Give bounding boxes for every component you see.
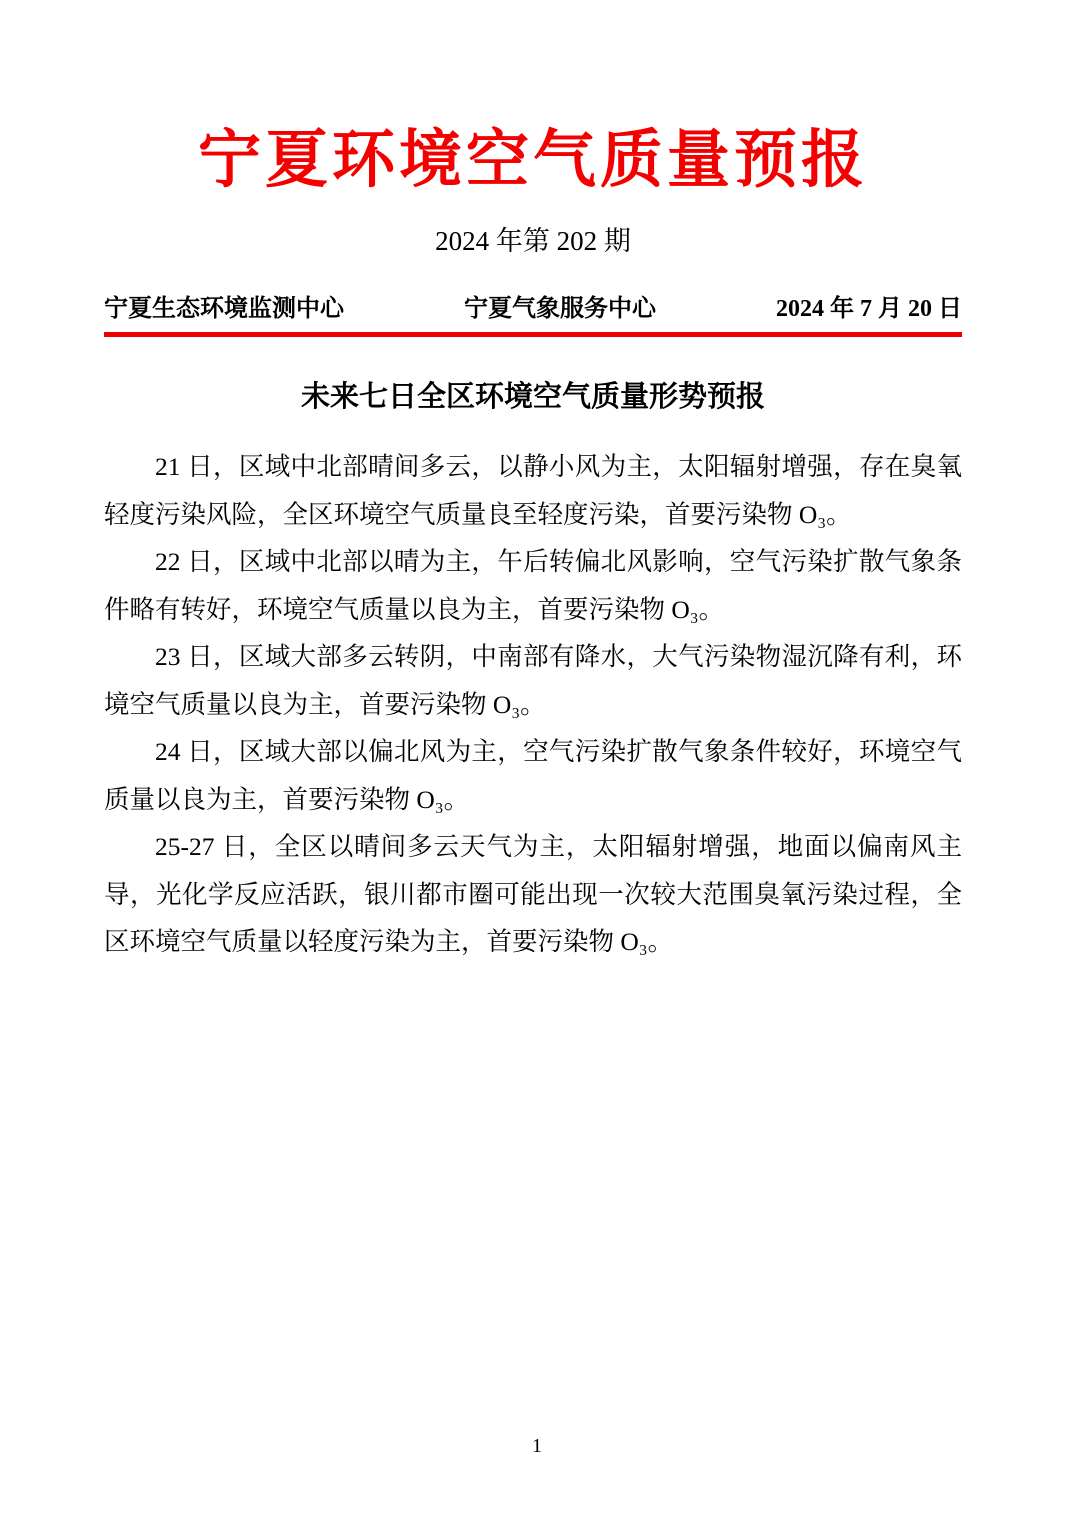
forecast-paragraph-day24: 24 日，区域大部以偏北风为主，空气污染扩散气象条件较好，环境空气质量以良为主，…: [104, 728, 962, 823]
section-title: 未来七日全区环境空气质量形势预报: [104, 374, 962, 415]
document-title: 宁夏环境空气质量预报: [104, 126, 962, 195]
forecast-body: 21 日，区域中北部晴间多云，以静小风为主，太阳辐射增强，存在臭氧轻度污染风险，…: [104, 443, 962, 966]
forecast-paragraph-day25-27: 25-27 日，全区以晴间多云天气为主，太阳辐射增强，地面以偏南风主导，光化学反…: [104, 823, 962, 966]
masthead-org-center: 宁夏气象服务中心: [464, 288, 656, 323]
red-divider-rule: [104, 332, 962, 337]
forecast-paragraph-day23: 23 日，区域大部多云转阴，中南部有降水，大气污染物湿沉降有利，环境空气质量以良…: [104, 633, 962, 728]
forecast-paragraph-day22: 22 日，区域中北部以晴为主，午后转偏北风影响，空气污染扩散气象条件略有转好，环…: [104, 538, 962, 633]
document-page: 宁夏环境空气质量预报 2024 年第 202 期 宁夏生态环境监测中心 宁夏气象…: [0, 0, 1074, 1520]
masthead-date: 2024 年 7 月 20 日: [776, 288, 962, 323]
document-content: 宁夏环境空气质量预报 2024 年第 202 期 宁夏生态环境监测中心 宁夏气象…: [0, 0, 1074, 966]
masthead-row: 宁夏生态环境监测中心 宁夏气象服务中心 2024 年 7 月 20 日: [104, 288, 962, 332]
issue-number: 2024 年第 202 期: [104, 219, 962, 258]
forecast-paragraph-day21: 21 日，区域中北部晴间多云，以静小风为主，太阳辐射增强，存在臭氧轻度污染风险，…: [104, 443, 962, 538]
masthead-org-left: 宁夏生态环境监测中心: [104, 288, 344, 323]
page-number: 1: [0, 1435, 1074, 1458]
